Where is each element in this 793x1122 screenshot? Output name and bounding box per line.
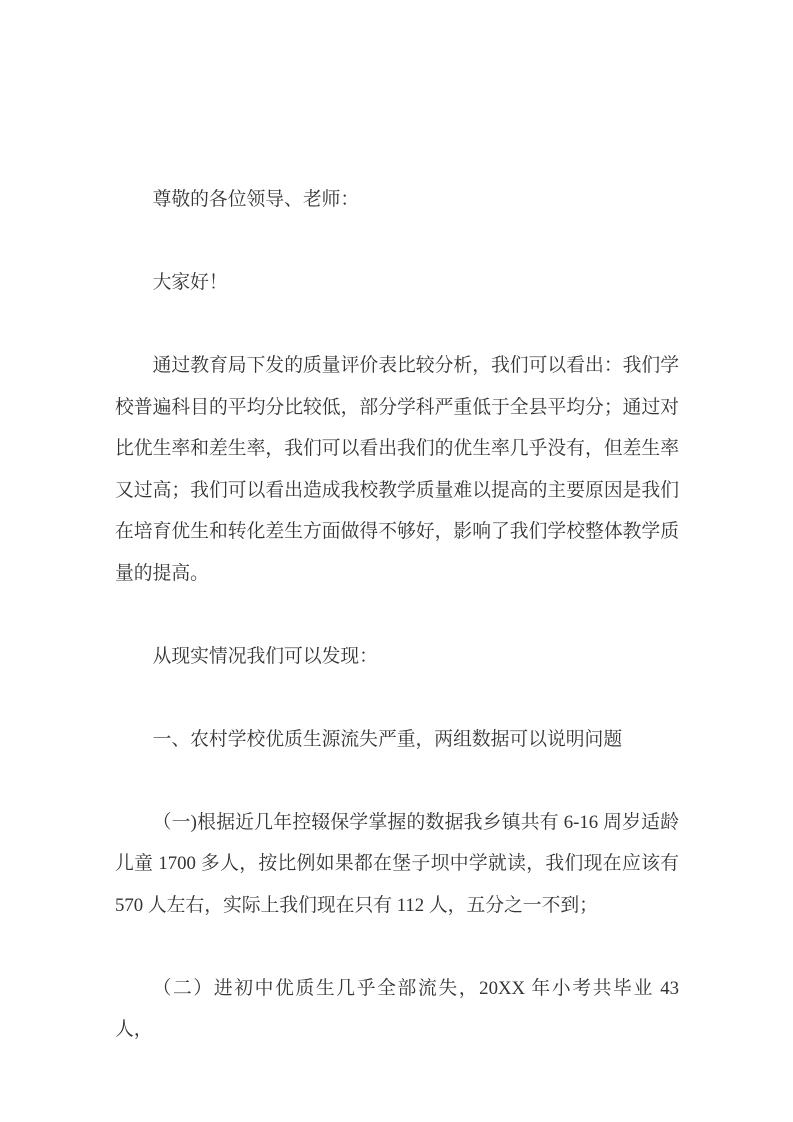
greeting-line: 大家好！ — [115, 262, 679, 304]
data-point-1-paragraph: （一)根据近几年控辍保学掌握的数据我乡镇共有 6-16 周岁适龄儿童 1700 … — [115, 802, 679, 927]
salutation-line: 尊敬的各位领导、老师： — [115, 179, 679, 221]
analysis-paragraph: 通过教育局下发的质量评价表比较分析，我们可以看出：我们学校普遍科目的平均分比较低… — [115, 345, 679, 594]
section-heading-1: 一、农村学校优质生源流失严重，两组数据可以说明问题 — [115, 719, 679, 761]
data-point-2-paragraph: （二）进初中优质生几乎全部流失，20XX 年小考共毕业 43 人， — [115, 968, 679, 1051]
document-page: 尊敬的各位领导、老师： 大家好！ 通过教育局下发的质量评价表比较分析，我们可以看… — [0, 0, 793, 1122]
findings-intro-line: 从现实情况我们可以发现： — [115, 636, 679, 678]
